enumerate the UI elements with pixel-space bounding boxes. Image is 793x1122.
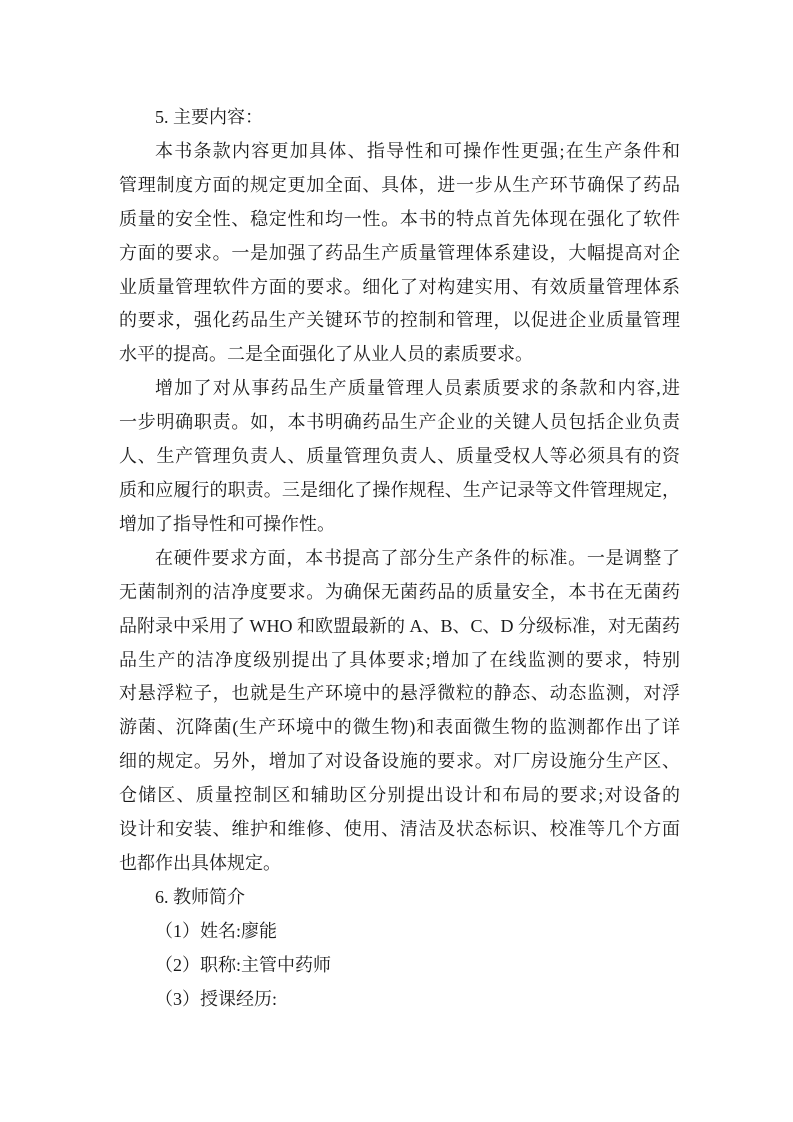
text-line: 管理制度方面的规定更加全面、具体，进一步从生产环节确保了药品 <box>119 169 680 203</box>
text-line: 质和应履行的职责。三是细化了操作规程、生产记录等文件管理规定， <box>119 474 680 508</box>
text-line: 人、生产管理负责人、质量管理负责人、质量受权人等必须具有的资 <box>119 440 680 474</box>
document-page: 5. 主要内容：本书条款内容更加具体、指导性和可操作性更强;在生产条件和管理制度… <box>0 0 793 1122</box>
text-line: 方面的要求。一是加强了药品生产质量管理体系建设，大幅提高对企 <box>119 237 680 271</box>
text-line: 品附录中采用了 WHO 和欧盟最新的 A、B、C、D 分级标准，对无菌药 <box>119 610 680 644</box>
text-line: 增加了对从事药品生产质量管理人员素质要求的条款和内容,进 <box>119 372 680 406</box>
text-line: 一步明确职责。如，本书明确药品生产企业的关键人员包括企业负责 <box>119 406 680 440</box>
text-line: 品生产的洁净度级别提出了具体要求;增加了在线监测的要求，特别 <box>119 644 680 678</box>
text-line: 业质量管理软件方面的要求。细化了对构建实用、有效质量管理体系 <box>119 271 680 305</box>
text-line: （2）职称:主管中药师 <box>119 949 680 983</box>
text-line: 游菌、沉降菌(生产环境中的微生物)和表面微生物的监测都作出了详 <box>119 711 680 745</box>
text-line: 设计和安装、维护和维修、使用、清洁及状态标识、校准等几个方面 <box>119 813 680 847</box>
text-line: （3）授课经历: <box>119 983 680 1017</box>
text-line: 仓储区、质量控制区和辅助区分别提出设计和布局的要求;对设备的 <box>119 779 680 813</box>
document-text-block: 5. 主要内容：本书条款内容更加具体、指导性和可操作性更强;在生产条件和管理制度… <box>119 101 680 1016</box>
text-line: 6. 教师简介 <box>119 881 680 915</box>
text-line: 水平的提高。二是全面强化了从业人员的素质要求。 <box>119 338 680 372</box>
text-line: 5. 主要内容： <box>119 101 680 135</box>
text-line: 增加了指导性和可操作性。 <box>119 508 680 542</box>
text-line: 对悬浮粒子，也就是生产环境中的悬浮微粒的静态、动态监测，对浮 <box>119 677 680 711</box>
text-line: 质量的安全性、稳定性和均一性。本书的特点首先体现在强化了软件 <box>119 203 680 237</box>
text-line: （1）姓名:廖能 <box>119 915 680 949</box>
text-line: 的要求，强化药品生产关键环节的控制和管理，以促进企业质量管理 <box>119 304 680 338</box>
text-line: 本书条款内容更加具体、指导性和可操作性更强;在生产条件和 <box>119 135 680 169</box>
text-line: 在硬件要求方面，本书提高了部分生产条件的标准。一是调整了 <box>119 542 680 576</box>
text-line: 无菌制剂的洁净度要求。为确保无菌药品的质量安全，本书在无菌药 <box>119 576 680 610</box>
text-line: 细的规定。另外，增加了对设备设施的要求。对厂房设施分生产区、 <box>119 745 680 779</box>
text-line: 也都作出具体规定。 <box>119 847 680 881</box>
